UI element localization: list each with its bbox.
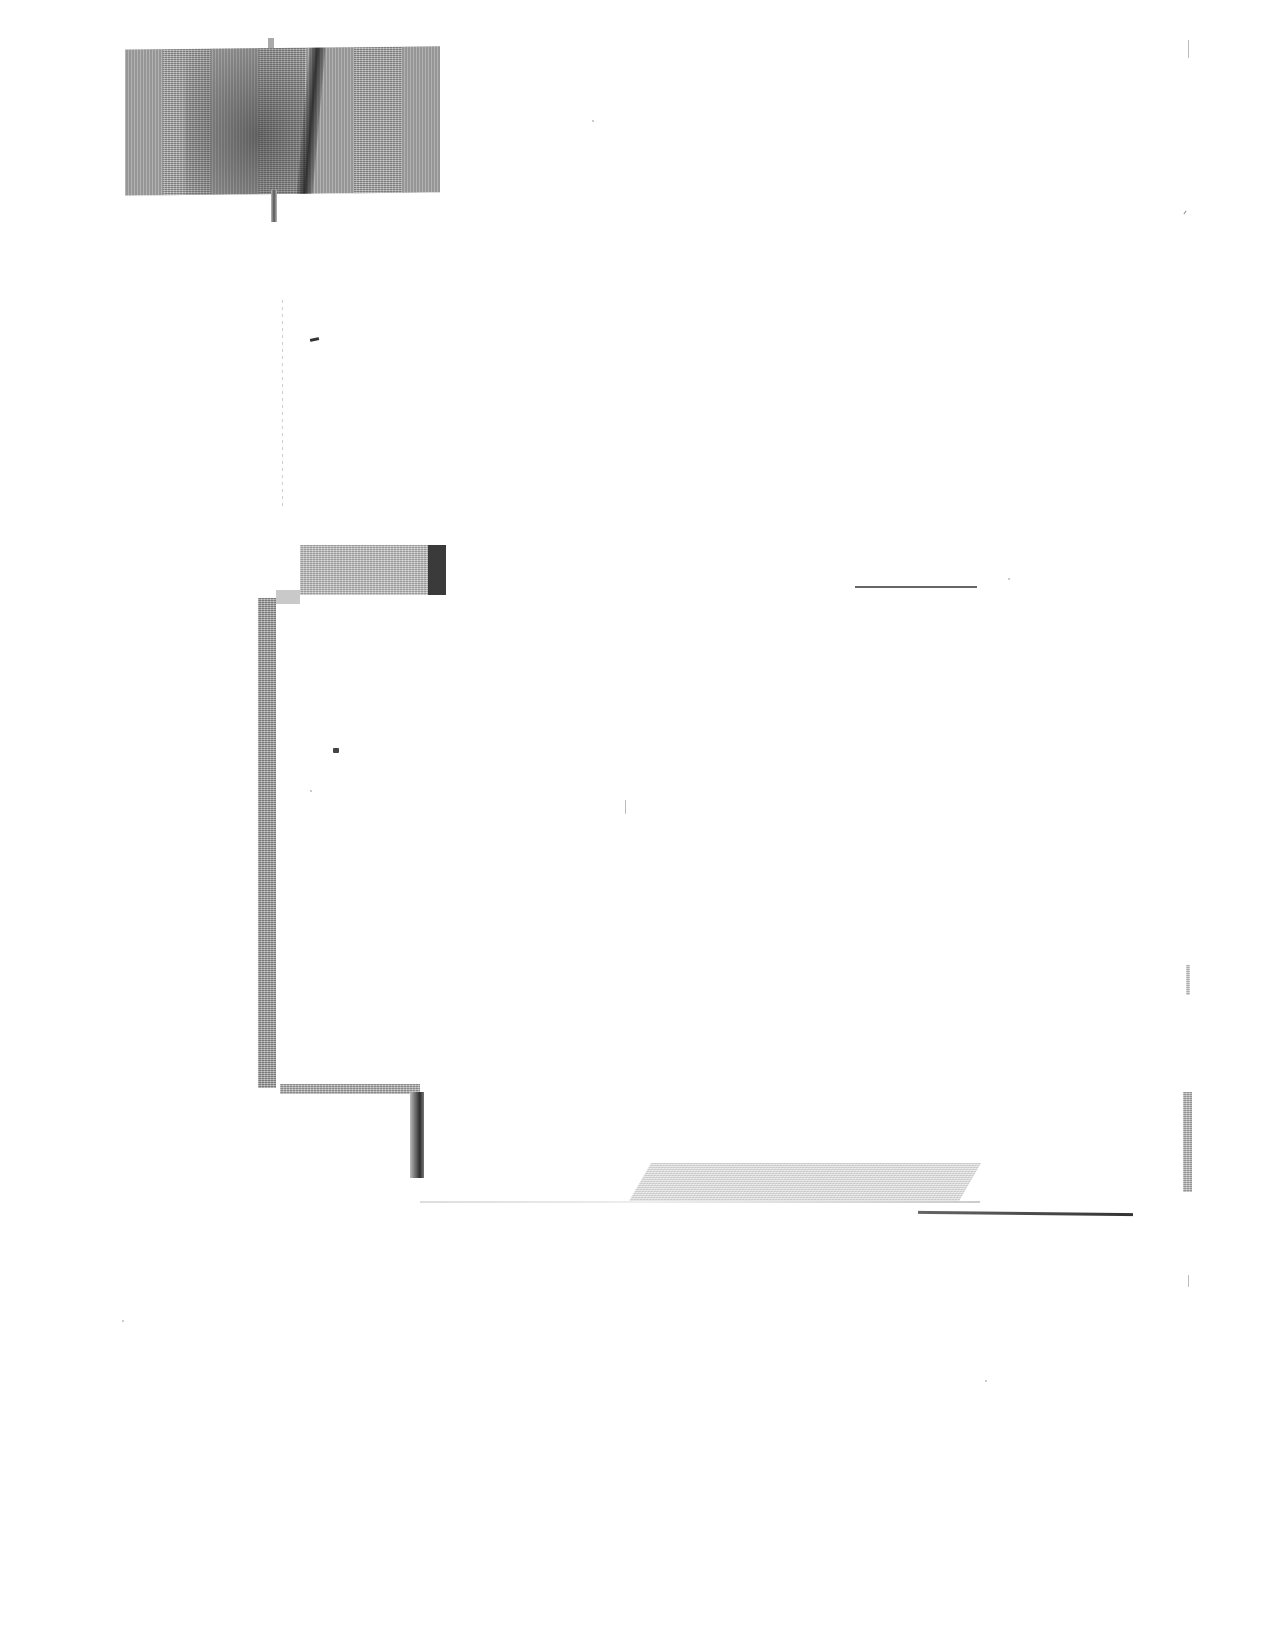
speck: [592, 120, 594, 122]
tape-strip-middle: [300, 545, 446, 595]
page-bottom-edge: [280, 1084, 420, 1094]
page-left-edge: [258, 598, 276, 1088]
tape-strip-top: [125, 46, 440, 195]
tape-post-top: [268, 38, 274, 48]
tape-post: [271, 190, 277, 222]
faint-bottom-line: [420, 1201, 980, 1203]
speck: [310, 790, 312, 792]
right-tick: [1188, 40, 1189, 58]
bottom-rule: [918, 1211, 1133, 1216]
stray-mark-right: [1183, 211, 1186, 215]
page-corner: [276, 590, 300, 604]
right-edge-strip: [1183, 1092, 1192, 1192]
speck: [985, 1380, 987, 1382]
speck: [625, 800, 626, 814]
page-bottom-tab: [410, 1092, 424, 1178]
scan-smudge: [629, 1163, 981, 1201]
stray-dot: [333, 748, 339, 753]
speck: [1008, 578, 1010, 580]
speck: [122, 1320, 124, 1322]
horizontal-rule: [855, 586, 977, 588]
scanned-page: [0, 0, 1276, 1652]
speck: [1188, 1275, 1189, 1287]
tape-shadow: [185, 48, 305, 195]
right-edge-mark: [1186, 965, 1190, 995]
stray-mark: [310, 337, 319, 342]
faint-vertical-line: [282, 300, 283, 510]
tape-edge-dark: [428, 545, 446, 595]
